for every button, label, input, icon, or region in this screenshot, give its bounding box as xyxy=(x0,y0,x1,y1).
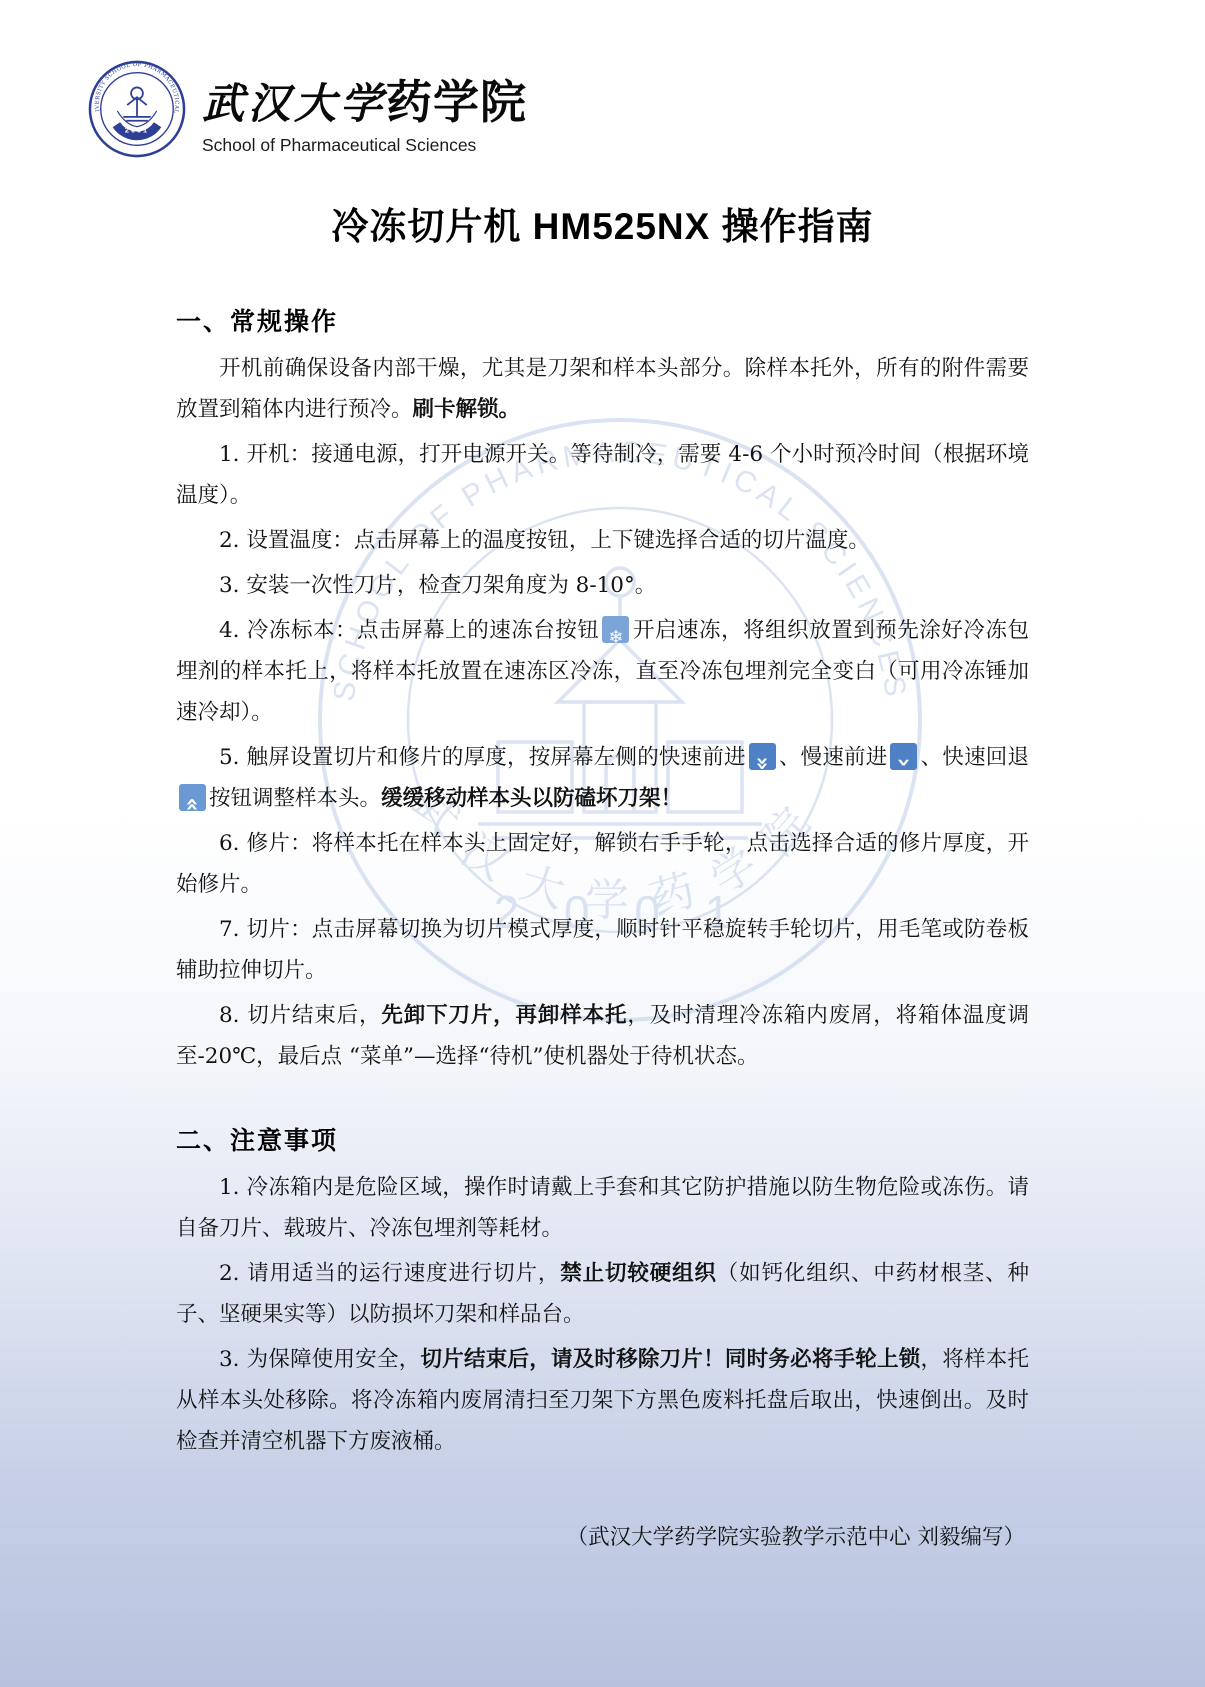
body-text: 、快速回退 xyxy=(920,745,1029,770)
note-2: 2. 请用适当的运行速度进行切片，禁止切较硬组织（如钙化组织、中药材根茎、种子、… xyxy=(176,1253,1029,1335)
step-3: 3. 安装一次性刀片，检查刀架角度为 8-10°。 xyxy=(176,565,1029,606)
body-text: 按钮调整样本头。 xyxy=(209,786,381,811)
body-text: 3. 为保障使用安全， xyxy=(219,1347,421,1372)
section-2-heading: 二、注意事项 xyxy=(176,1121,1029,1157)
section-1: 一、常规操作开机前确保设备内部干燥，尤其是刀架和样本头部分。除样本托外，所有的附… xyxy=(176,302,1029,1077)
body-text: 1. 冷冻箱内是危险区域，操作时请戴上手套和其它防护措施以防生物危险或冻伤。请自… xyxy=(176,1175,1029,1241)
intro-paragraph: 开机前确保设备内部干燥，尤其是刀架和样本头部分。除样本托外，所有的附件需要放置到… xyxy=(176,348,1029,430)
page-title: 冷冻切片机 HM525NX 操作指南 xyxy=(0,196,1205,250)
fast-forward-icon: » xyxy=(749,743,776,770)
fast-freeze-icon: ❄ xyxy=(602,616,629,643)
section-1-heading: 一、常规操作 xyxy=(176,302,1029,338)
body-text: 、慢速前进 xyxy=(779,745,888,770)
section-2: 二、注意事项1. 冷冻箱内是危险区域，操作时请戴上手套和其它防护措施以防生物危险… xyxy=(176,1121,1029,1462)
document-body: 一、常规操作开机前确保设备内部干燥，尤其是刀架和样本头部分。除样本托外，所有的附… xyxy=(0,302,1205,1462)
step-7: 7. 切片：点击屏幕切换为切片模式厚度，顺时针平稳旋转手轮切片，用毛笔或防卷板辅… xyxy=(176,909,1029,991)
logo-en-name: School of Pharmaceutical Sciences xyxy=(202,135,527,156)
emphasis-text: 先卸下刀片，再卸样本托 xyxy=(381,1003,627,1027)
body-text: 5. 触屏设置切片和修片的厚度，按屏幕左侧的快速前进 xyxy=(219,745,746,770)
document-page: SCHOOL OF PHARMACEUTICAL SCIENCES 武汉大学药学… xyxy=(0,0,1205,1687)
step-2: 2. 设置温度：点击屏幕上的温度按钮，上下键选择合适的切片温度。 xyxy=(176,520,1029,561)
body-text: 6. 修片：将样本托在样本头上固定好，解锁右手手轮，点击选择合适的修片厚度，开始… xyxy=(176,831,1029,897)
body-text: 2. 设置温度：点击屏幕上的温度按钮，上下键选择合适的切片温度。 xyxy=(219,528,870,553)
emphasis-text: 禁止切较硬组织 xyxy=(560,1261,717,1285)
step-8: 8. 切片结束后，先卸下刀片，再卸样本托，及时清理冷冻箱内废屑，将箱体温度调至-… xyxy=(176,995,1029,1077)
fast-rewind-icon: » xyxy=(179,784,206,811)
step-4: 4. 冷冻标本：点击屏幕上的速冻台按钮❄开启速冻，将组织放置到预先涂好冷冻包埋剂… xyxy=(176,610,1029,733)
university-emblem-icon: WUHAN UNIVERSITY SCHOOL OF PHARMACEUTICA… xyxy=(88,60,186,162)
logo-cn-suffix: 药学院 xyxy=(386,66,527,132)
slow-forward-icon: › xyxy=(890,743,917,770)
note-1: 1. 冷冻箱内是危险区域，操作时请戴上手套和其它防护措施以防生物危险或冻伤。请自… xyxy=(176,1167,1029,1249)
note-3: 3. 为保障使用安全，切片结束后，请及时移除刀片！同时务必将手轮上锁，将样本托从… xyxy=(176,1339,1029,1462)
emphasis-text: 切片结束后，请及时移除刀片！同时务必将手轮上锁 xyxy=(421,1347,921,1371)
page-content: WUHAN UNIVERSITY SCHOOL OF PHARMACEUTICA… xyxy=(0,0,1205,1551)
body-text: 开机前确保设备内部干燥，尤其是刀架和样本头部分。除样本托外，所有的附件需要放置到… xyxy=(176,356,1029,422)
step-1: 1. 开机：接通电源，打开电源开关。等待制冷，需要 4-6 个小时预冷时间（根据… xyxy=(176,434,1029,516)
logo-wordmark: 武汉大学 药学院 School of Pharmaceutical Scienc… xyxy=(202,66,527,156)
emblem-year: 2001 xyxy=(125,126,149,135)
body-text: 4. 冷冻标本：点击屏幕上的速冻台按钮 xyxy=(219,618,599,643)
step-5: 5. 触屏设置切片和修片的厚度，按屏幕左侧的快速前进»、慢速前进›、快速回退»按… xyxy=(176,737,1029,819)
body-text: 8. 切片结束后， xyxy=(219,1003,381,1028)
credit-line: （武汉大学药学院实验教学示范中心 刘毅编写） xyxy=(0,1520,1205,1551)
letterhead: WUHAN UNIVERSITY SCHOOL OF PHARMACEUTICA… xyxy=(0,0,1205,162)
body-text: 3. 安装一次性刀片，检查刀架角度为 8-10°。 xyxy=(219,573,656,598)
emphasis-text: 缓缓移动样本头以防磕坏刀架！ xyxy=(381,786,682,810)
step-6: 6. 修片：将样本托在样本头上固定好，解锁右手手轮，点击选择合适的修片厚度，开始… xyxy=(176,823,1029,905)
body-text: 2. 请用适当的运行速度进行切片， xyxy=(219,1261,560,1286)
body-text: 7. 切片：点击屏幕切换为切片模式厚度，顺时针平稳旋转手轮切片，用毛笔或防卷板辅… xyxy=(176,917,1029,983)
emphasis-text: 刷卡解锁。 xyxy=(413,397,521,421)
logo-cn-calligraphy: 武汉大学 xyxy=(202,71,386,131)
body-text: 1. 开机：接通电源，打开电源开关。等待制冷，需要 4-6 个小时预冷时间（根据… xyxy=(176,442,1029,508)
